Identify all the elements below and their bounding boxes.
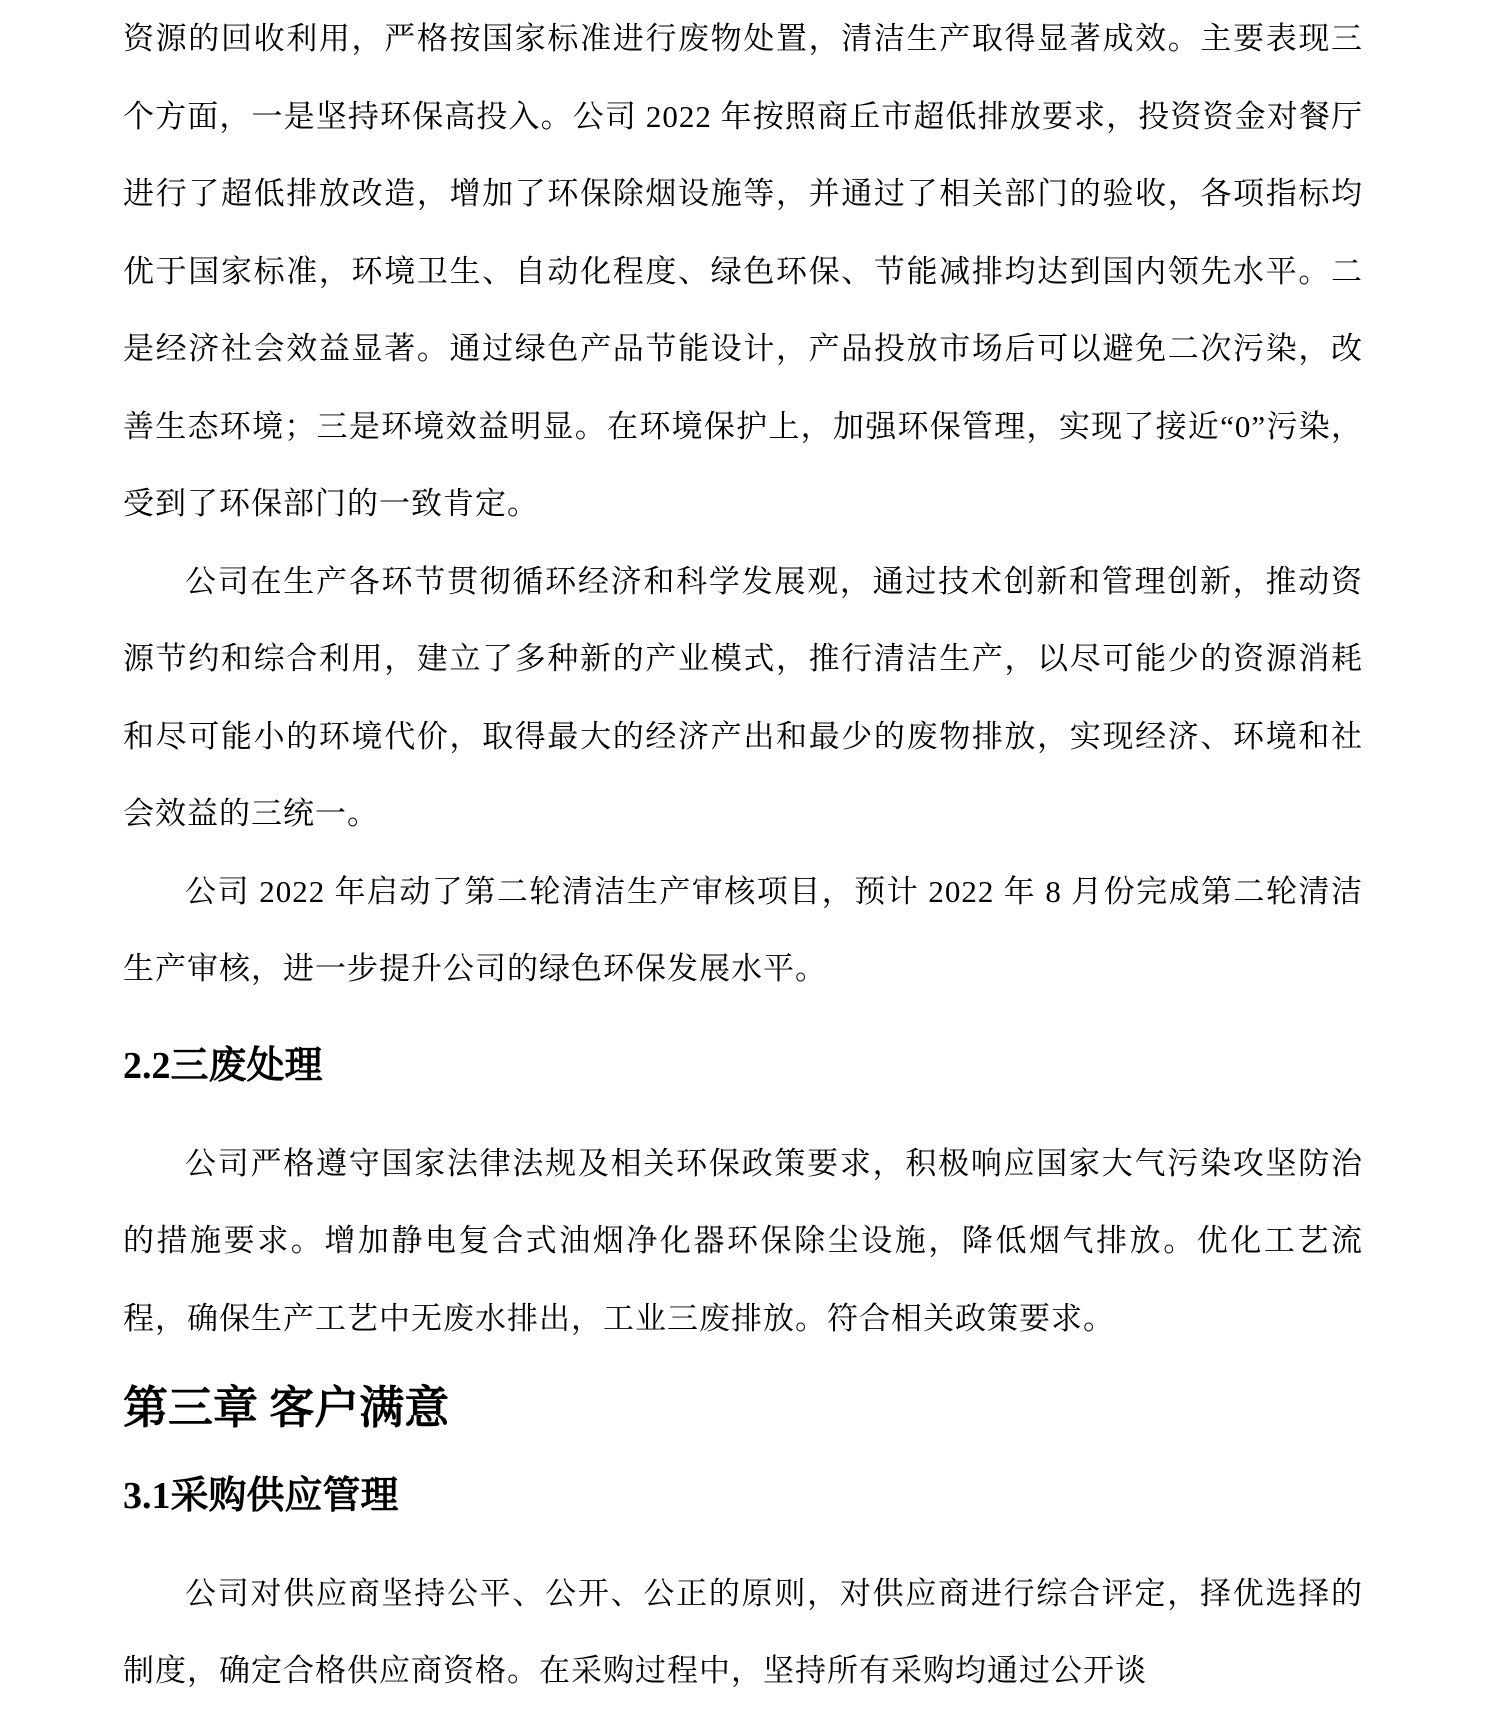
body-paragraph-supplier-management: 公司对供应商坚持公平、公开、公正的原则，对供应商进行综合评定，择优选择的制度，确… (123, 1555, 1363, 1710)
document-content: 资源的回收利用，严格按国家标准进行废物处置，清洁生产取得显著成效。主要表现三个方… (123, 0, 1363, 1710)
body-paragraph-clean-production-results: 资源的回收利用，严格按国家标准进行废物处置，清洁生产取得显著成效。主要表现三个方… (123, 0, 1363, 543)
body-paragraph-three-wastes-treatment: 公司严格遵守国家法律法规及相关环保政策要求，积极响应国家大气污染攻坚防治的措施要… (123, 1125, 1363, 1358)
section-heading-2-2-three-wastes: 2.2三废处理 (123, 1040, 1363, 1093)
chapter-heading-customer-satisfaction: 第三章 客户满意 (123, 1379, 1363, 1438)
document-page: 资源的回收利用，严格按国家标准进行废物处置，清洁生产取得显著成效。主要表现三个方… (0, 0, 1486, 1720)
body-paragraph-second-audit-round: 公司 2022 年启动了第二轮清洁生产审核项目，预计 2022 年 8 月份完成… (123, 853, 1363, 1008)
body-paragraph-circular-economy: 公司在生产各环节贯彻循环经济和科学发展观，通过技术创新和管理创新，推动资源节约和… (123, 543, 1363, 853)
section-heading-3-1-procurement: 3.1采购供应管理 (123, 1470, 1363, 1523)
